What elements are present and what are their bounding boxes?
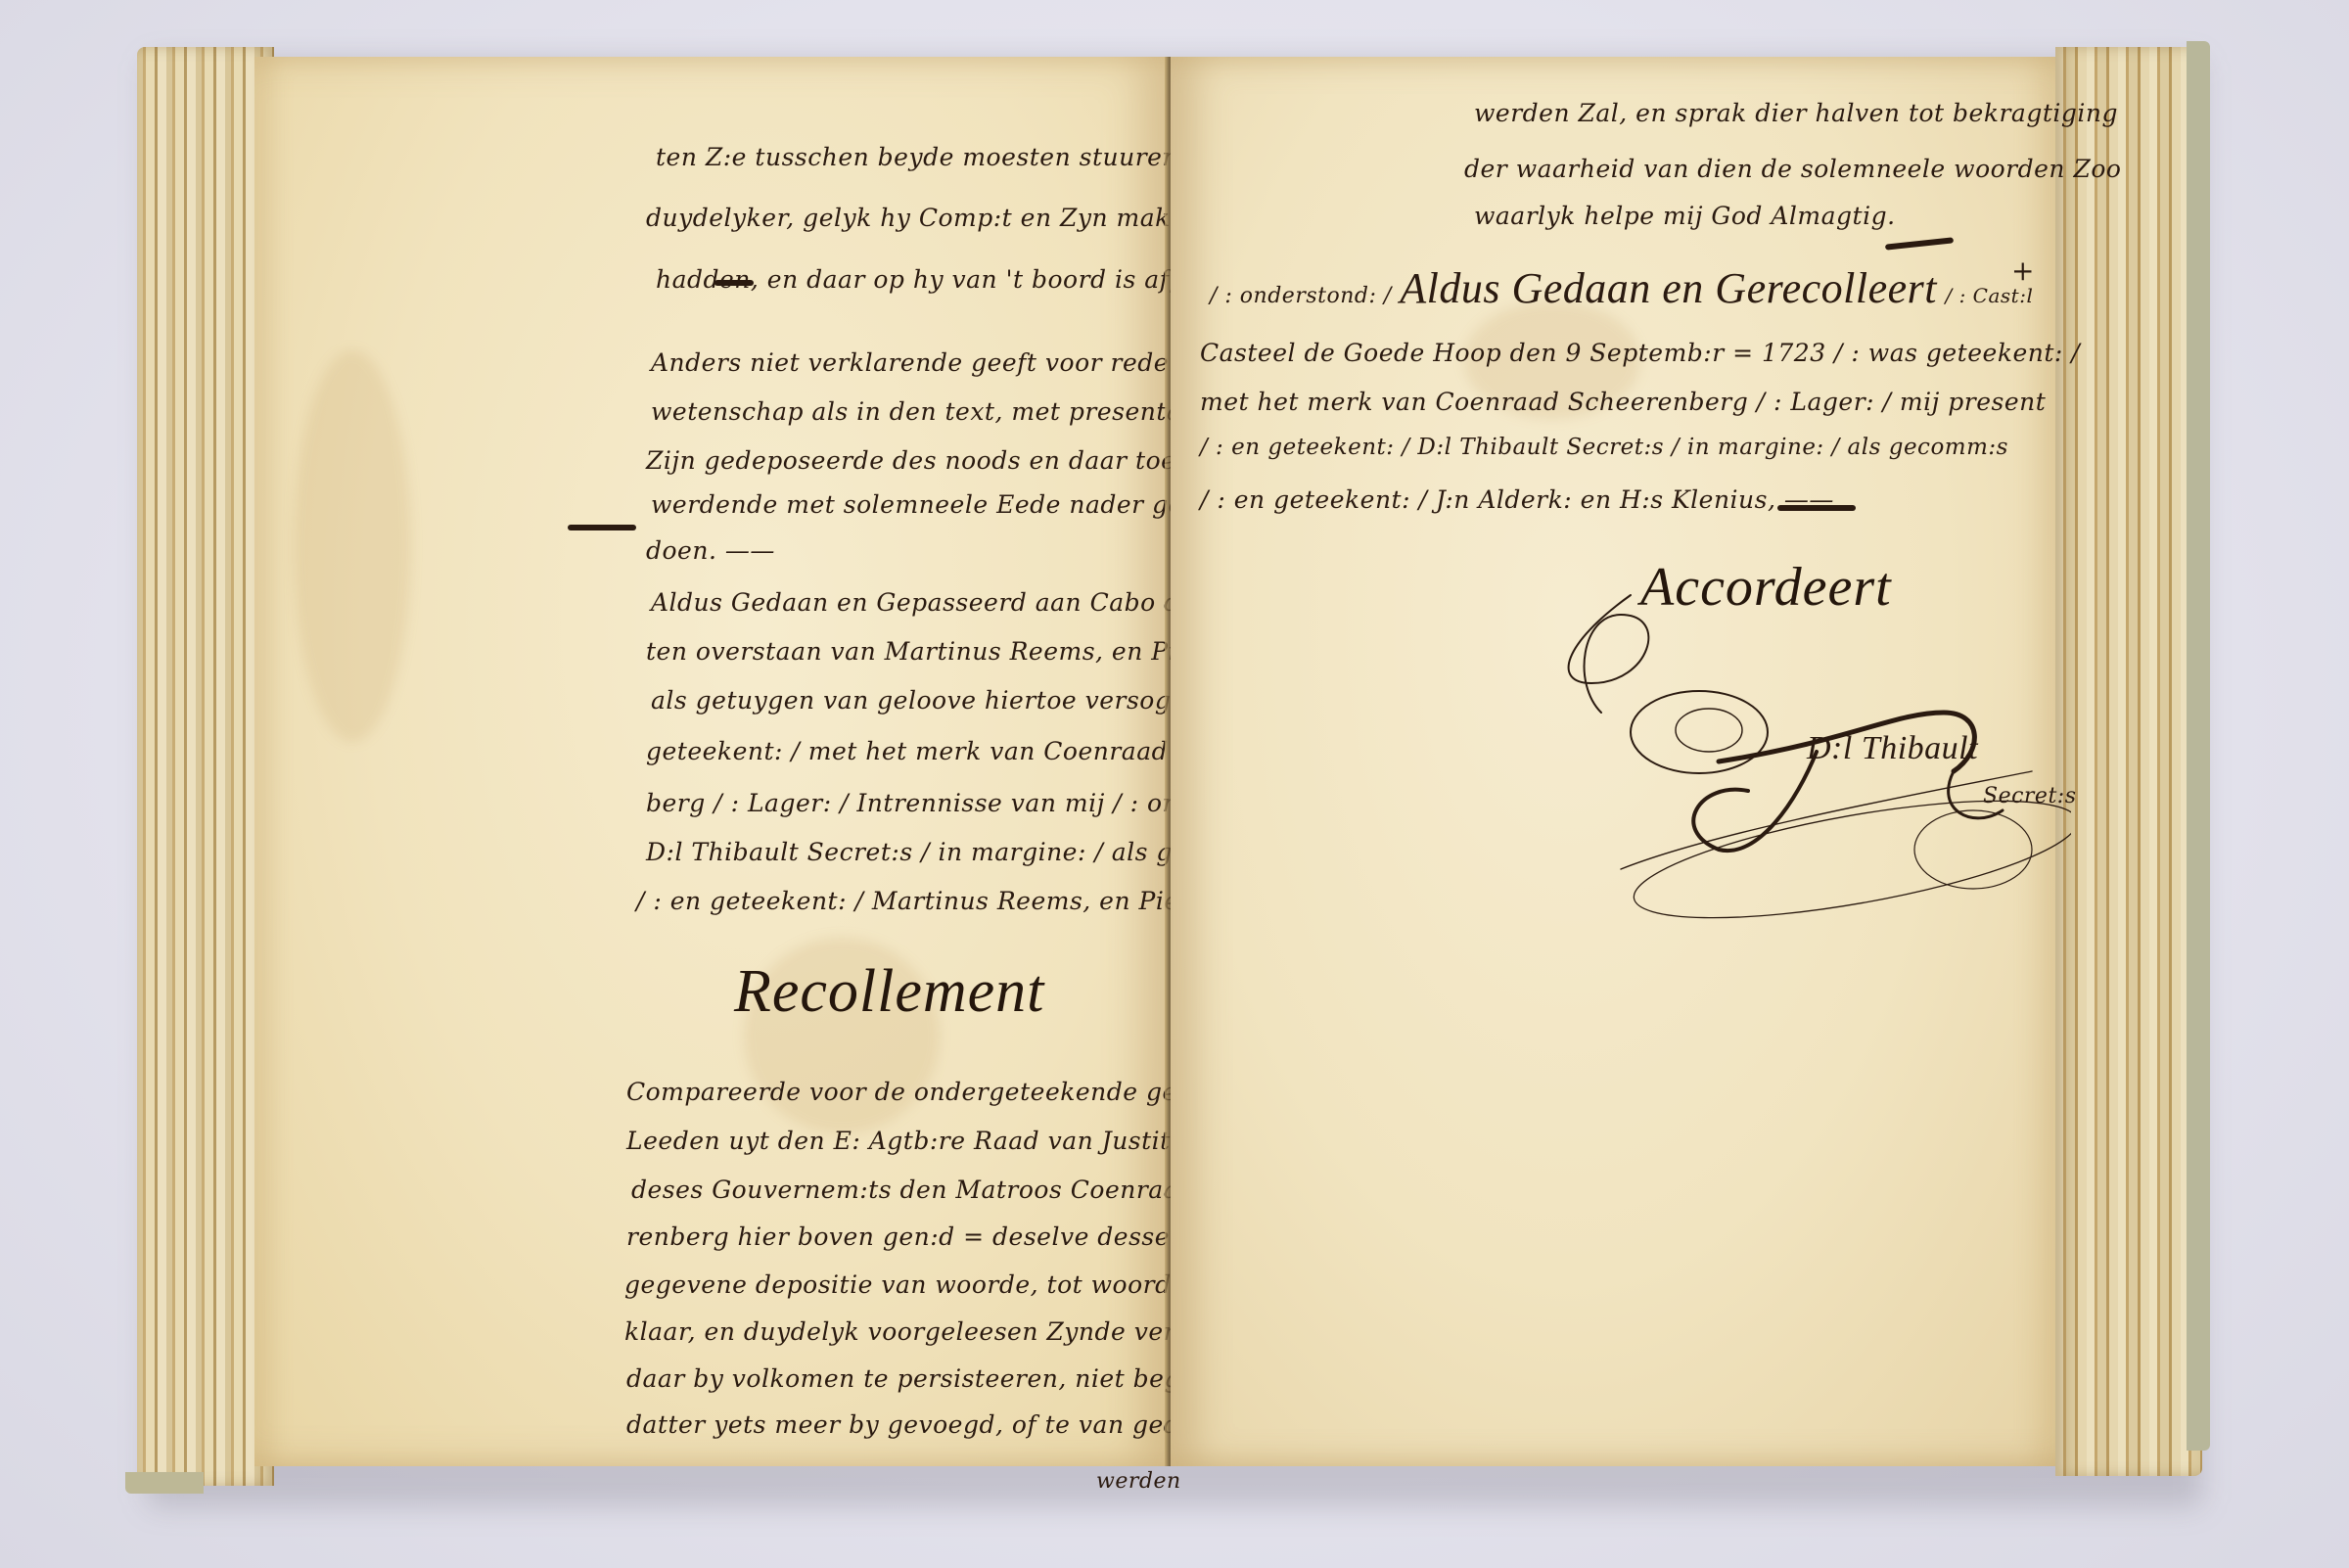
right-page: werden Zal, en sprak dier halven tot bek… <box>1171 57 2055 1466</box>
line-end-flourish <box>714 280 754 286</box>
text-line: datter yets meer by gevoegd, of te van g… <box>626 1412 1226 1437</box>
text-line: Casteel de Goede Hoop den 9 Septemb:r = … <box>1200 341 2080 365</box>
book-cover-edge <box>2187 41 2210 1451</box>
text-line: waarlyk helpe mij God Almagtig. <box>1474 204 1896 228</box>
signature-name: D:l Thibault <box>1807 732 1978 765</box>
closing-prefix: / : onderstond: / <box>1210 284 1392 308</box>
text-line: der waarheid van dien de solemneele woor… <box>1464 157 2121 181</box>
text-line: werden Zal, en sprak dier halven tot bek… <box>1474 101 2118 125</box>
signature-title: Secret:s <box>1983 786 2077 807</box>
text-line: met het merk van Coenraad Scheerenberg /… <box>1200 390 2046 414</box>
line-end-flourish <box>1885 237 1954 250</box>
closing-suffix: / : Cast:l <box>1945 284 2033 307</box>
margin-mark: + <box>2011 257 2035 285</box>
text-line: wetenschap als in den text, met presenta… <box>651 399 1216 424</box>
text-line: / : en geteekent: / D:l Thibault Secret:… <box>1200 437 2008 459</box>
paper-stain <box>294 350 411 742</box>
left-page: ten Z:e tusschen beyde moesten stuuren e… <box>254 57 1171 1466</box>
text-line: doen. —— <box>646 538 775 563</box>
catchword: werden <box>1096 1471 1181 1493</box>
right-page-edges <box>2055 47 2202 1476</box>
aldus-gedaan-heading: Aldus Gedaan en Gerecolleert <box>1400 264 1937 312</box>
line-end-flourish <box>1777 505 1856 511</box>
text-line: gegevene depositie van woorde, tot woord… <box>624 1272 1186 1297</box>
text-line: / : en geteekent: / J:n Alderk: en H:s K… <box>1200 487 1834 512</box>
heading-recollement: Recollement <box>734 957 1044 1027</box>
cover-corner <box>125 1472 204 1494</box>
text-line: Leeden uyt den E: Agtb:re Raad van Justi… <box>626 1129 1194 1153</box>
left-page-edges <box>137 47 274 1486</box>
text-line: renberg hier boven gen:d = deselve desse… <box>626 1224 1257 1249</box>
open-book: ten Z:e tusschen beyde moesten stuuren e… <box>137 37 2202 1496</box>
line-end-flourish <box>568 525 636 530</box>
signature-flourish-icon <box>1523 536 2071 928</box>
text-line: geteekent: / met het merk van Coenraad S… <box>646 739 1254 763</box>
